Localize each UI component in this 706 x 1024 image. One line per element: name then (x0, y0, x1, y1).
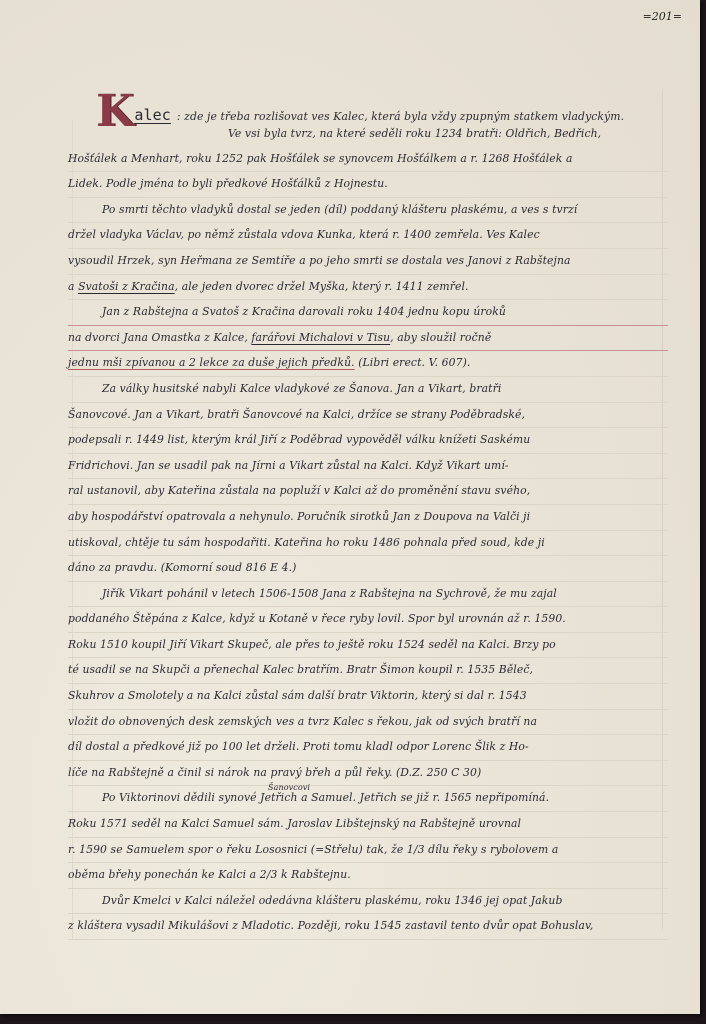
text-line: Jiřík Vikart pohánil v letech 1506-1508 … (68, 582, 668, 608)
text-fragment: , ale jeden dvorec držel Myška, který r.… (175, 280, 469, 293)
text-line: držel vladyka Václav, po němž zůstala vd… (68, 223, 668, 249)
text-line-with-insertion: Šanovcovi Po Viktorinovi dědili synové J… (68, 786, 668, 812)
text-line: Lidek. Podle jména to byli předkové Hošť… (68, 172, 668, 198)
text-line: z kláštera vysadil Mikulášovi z Mladotic… (68, 914, 668, 940)
interlinear-insertion: Šanovcovi (268, 776, 310, 800)
text-fragment: na dvorci Jana Omastka z Kalce, (68, 331, 251, 344)
text-line: té usadil se na Skupči a přenechal Kalec… (68, 658, 668, 684)
text-fragment: a (68, 280, 78, 293)
text-line: Šanovcové. Jan a Vikart, bratři Šanovcov… (68, 403, 668, 429)
text-line: vložit do obnovených desk zemských ves a… (68, 710, 668, 736)
text-line: Po smrti těchto vladyků dostal se jeden … (68, 198, 668, 224)
text-line: ral ustanovil, aby Kateřina zůstala na p… (68, 479, 668, 505)
text-line: Fridrichovi. Jan se usadil pak na Jírni … (68, 454, 668, 480)
page-number: =201= (643, 10, 682, 23)
text-line: Ve vsi byla tvrz, na které seděli roku 1… (68, 122, 668, 147)
text-line: díl dostal a předkové již po 100 let drž… (68, 735, 668, 761)
text-line: r. 1590 se Samuelem spor o řeku Lososnic… (68, 838, 668, 864)
manuscript-page: =201= Kalec: zde je třeba rozlišovat ves… (0, 0, 700, 1014)
text-line: podepsali r. 1449 list, kterým král Jiří… (68, 428, 668, 454)
text-line: dáno za pravdu. (Komorní soud 816 E 4.) (68, 556, 668, 582)
text-line: Skuhrov a Smolotely a na Kalci zůstal sá… (68, 684, 668, 710)
text-line: a Svatoši z Kračina, ale jeden dvorec dr… (68, 275, 668, 301)
text-line: jednu mši zpívanou a 2 lekce za duše jej… (68, 351, 668, 377)
text-line: Roku 1510 koupil Jiří Vikart Skupeč, ale… (68, 633, 668, 659)
text-line: líče na Rabštejně a činil si nárok na pr… (68, 761, 668, 787)
text-line: Za války husitské nabyli Kalce vladykové… (68, 377, 668, 403)
text-line: Dvůr Kmelci v Kalci náležel odedávna klá… (68, 889, 668, 915)
underlined-name: farářovi Michalovi v Tisu (251, 331, 390, 344)
text-line: utiskoval, chtěje tu sám hospodařiti. Ka… (68, 531, 668, 557)
text-fragment: Po Viktorinovi dědili synové Jetřich a S… (102, 791, 549, 804)
text-line: poddaného Štěpána z Kalce, když u Kotaně… (68, 607, 668, 633)
text-line-red-underlined: na dvorci Jana Omastka z Kalce, farářovi… (68, 326, 668, 352)
text-fragment-red-underlined: jednu mši zpívanou a 2 lekce za duše jej… (68, 356, 355, 369)
underlined-name: Svatoši z Kračina (78, 280, 175, 293)
citation: (Libri erect. V. 607). (355, 356, 471, 369)
text-line: aby hospodářství opatrovala a nehynulo. … (68, 505, 668, 531)
text-line-red-underlined: Jan z Rabštejna a Svatoš z Kračina darov… (68, 300, 668, 326)
text-line: vysoudil Hrzek, syn Heřmana ze Semtíře a… (68, 249, 668, 275)
text-line: oběma břehy ponechán ke Kalci a 2/3 k Ra… (68, 863, 668, 889)
text-fragment: , aby sloužil ročně (390, 331, 491, 344)
heading-line: Kalec: zde je třeba rozlišovat ves Kalec… (68, 92, 668, 122)
handwritten-text-block: Kalec: zde je třeba rozlišovat ves Kalec… (68, 92, 668, 940)
text-line: Hošťálek a Menhart, roku 1252 pak Hošťál… (68, 147, 668, 173)
text-line: Roku 1571 seděl na Kalci Samuel sám. Jar… (68, 812, 668, 838)
